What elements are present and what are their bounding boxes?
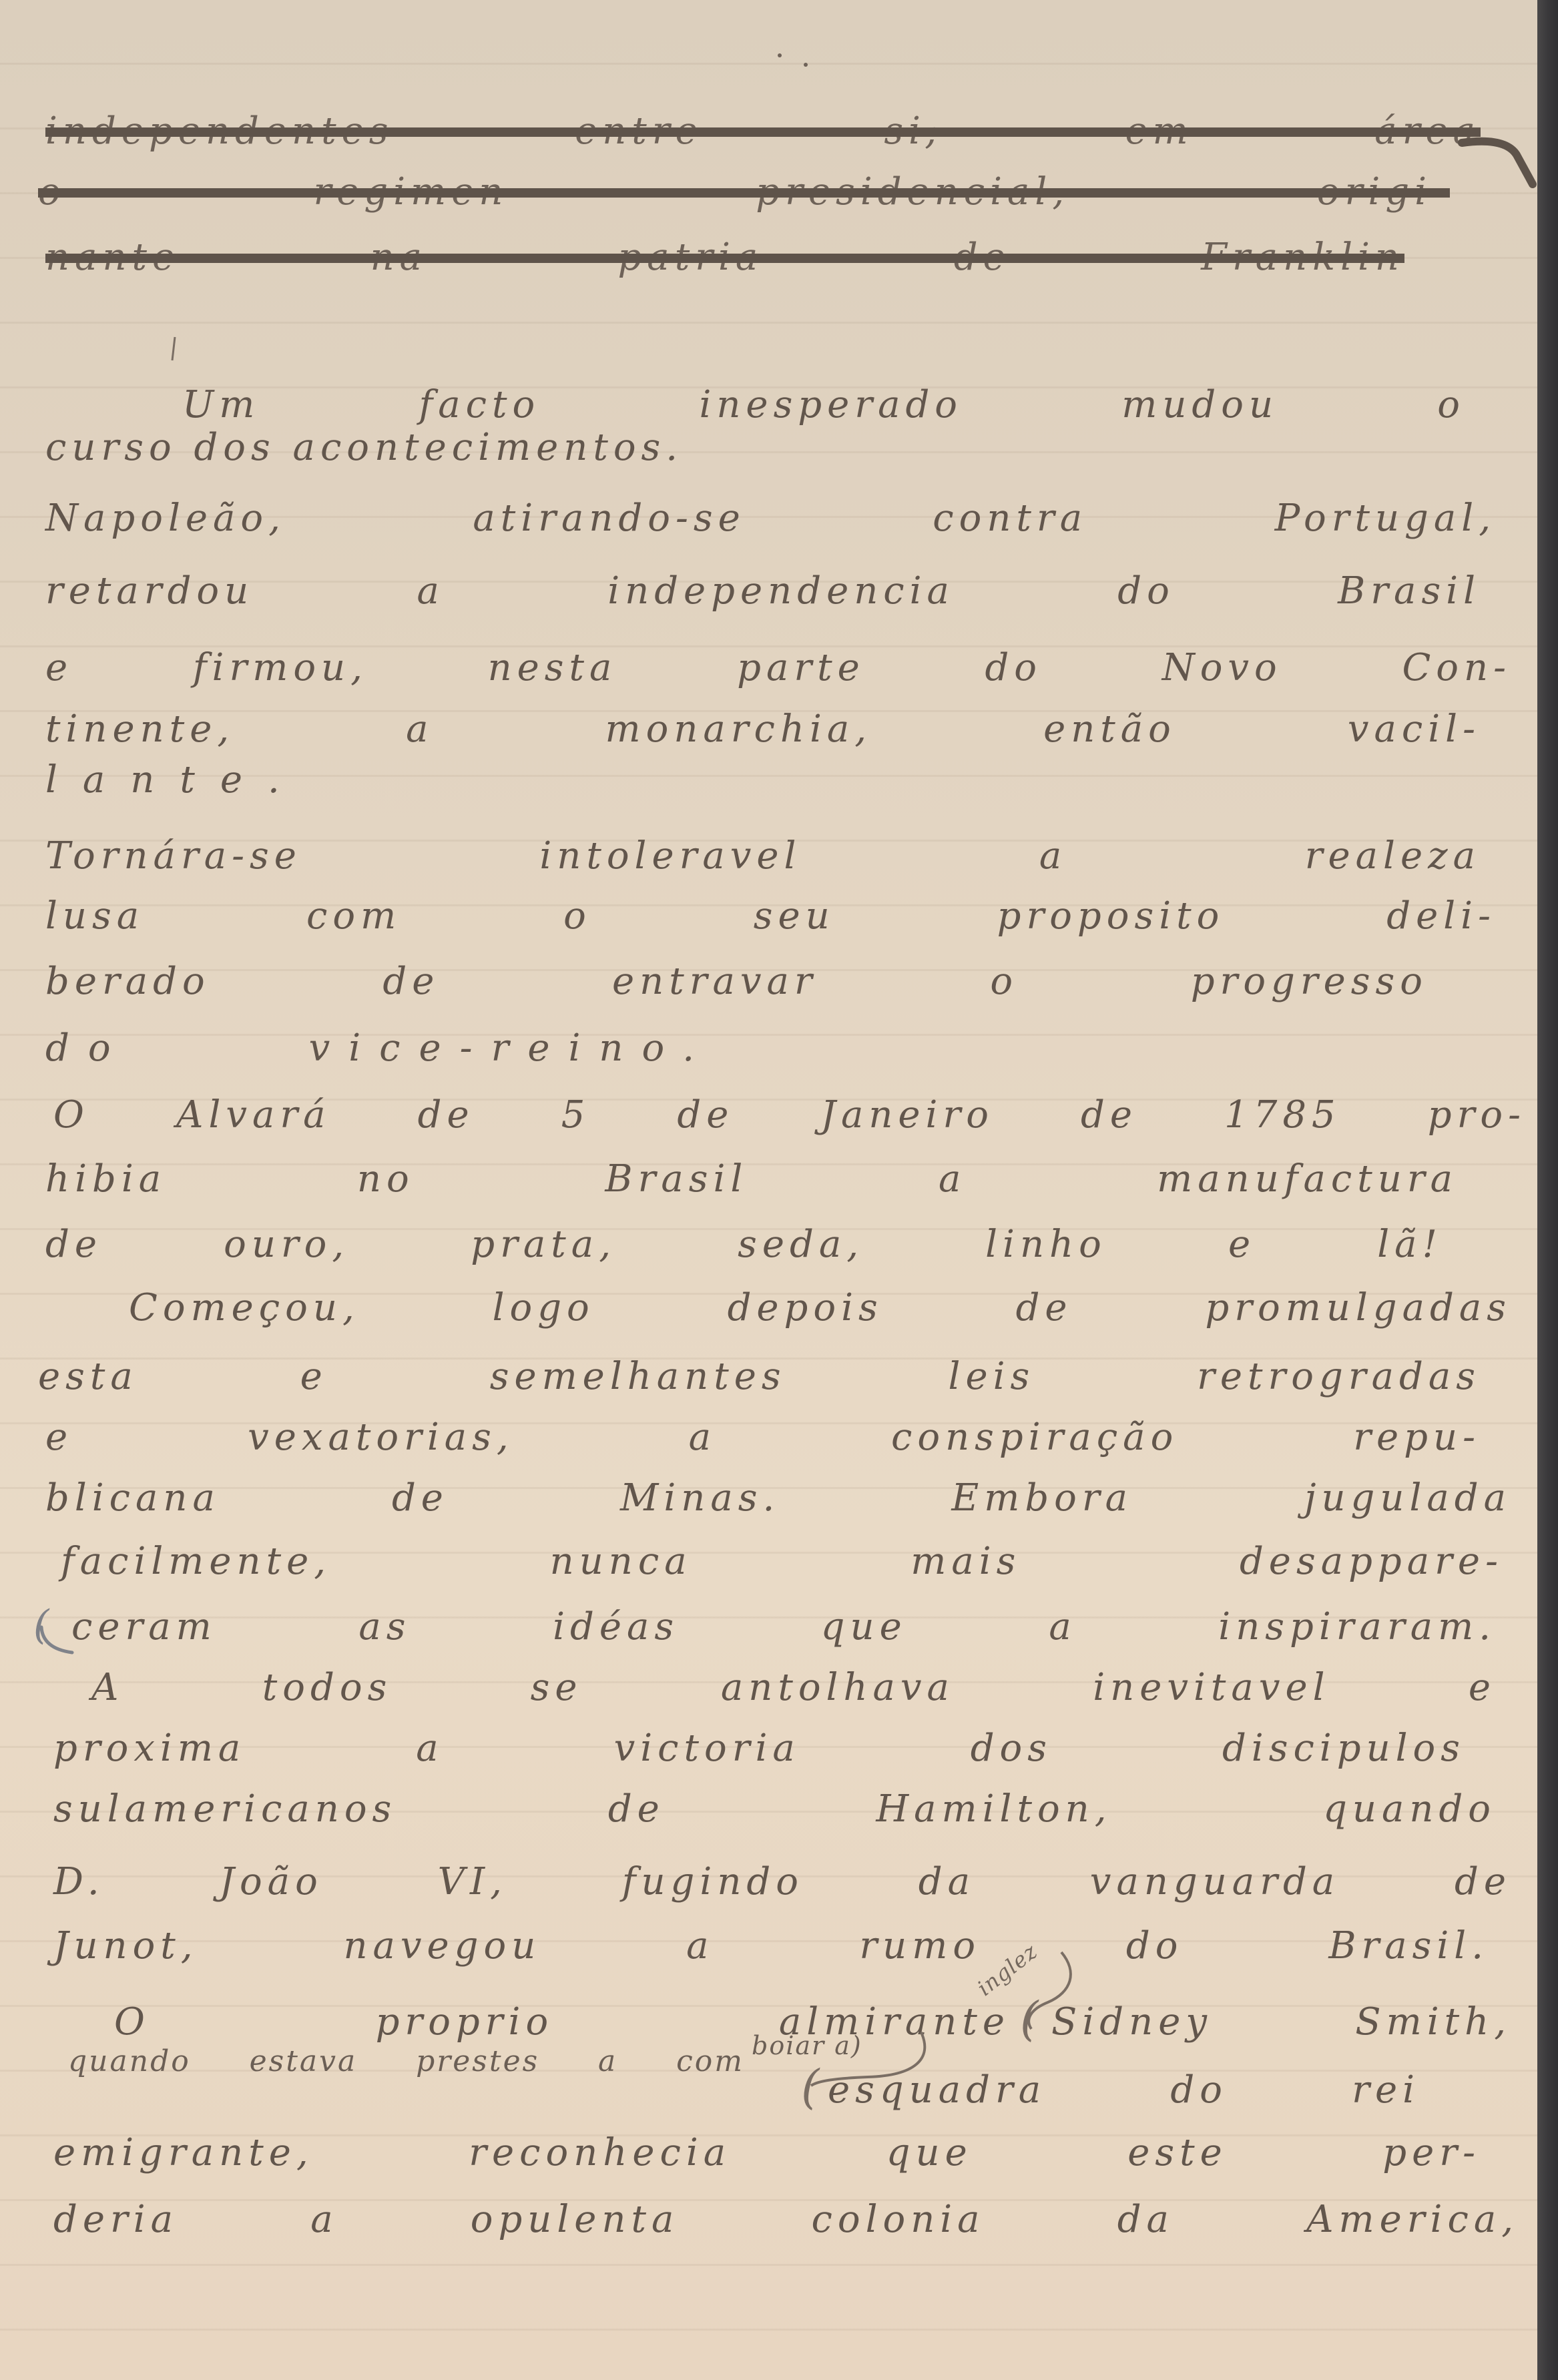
manuscript-line: retardou a independencia do Brasil xyxy=(45,568,1481,615)
manuscript-line: tinente, a monarchia, então vacil- xyxy=(45,706,1481,753)
insertion-line: quando estava prestes a com xyxy=(68,2043,744,2080)
manuscript-line: esquadra do rei xyxy=(828,2067,1420,2114)
manuscript-line: Junot, navegou a rumo do Brasil. xyxy=(53,1923,1489,1970)
manuscript-line: blicana de Minas. Embora jugulada xyxy=(45,1475,1511,1522)
manuscript-line: lusa com o seu proposito deli- xyxy=(45,893,1496,940)
manuscript-line: O Alvará de 5 de Janeiro de 1785 pro- xyxy=(53,1092,1526,1139)
page-edge-shadow xyxy=(1537,0,1558,2380)
manuscript-line: de ouro, prata, seda, linho e lã! xyxy=(45,1221,1443,1268)
manuscript-line: Tornára-se intoleravel a realeza xyxy=(45,833,1481,880)
manuscript-line: D. João VI, fugindo da vanguarda de xyxy=(53,1859,1511,1905)
manuscript-line: lante. xyxy=(45,757,339,804)
insertion-open-paren: ( xyxy=(1020,1996,1047,2042)
manuscript-line: sulamericanos de Hamilton, quando xyxy=(53,1786,1496,1833)
struck-line: o regimen presidencial, origi- xyxy=(38,169,1450,216)
manuscript-line: berado de entravar o progresso xyxy=(45,958,1428,1005)
manuscript-line: esta e semelhantes leis retrogradas xyxy=(38,1354,1481,1400)
manuscript-line: hibia no Brasil a manufactura xyxy=(45,1156,1458,1203)
manuscript-line: A todos se antolhava inevitavel e xyxy=(91,1665,1496,1711)
manuscript-line: e vexatorias, a conspiração repu- xyxy=(45,1414,1481,1461)
manuscript-line: Sidney Smith, xyxy=(1051,1999,1511,2046)
manuscript-line: e firmou, nesta parte do Novo Con- xyxy=(45,645,1511,691)
pencil-bracket-mark: ( xyxy=(33,1602,67,1649)
struck-line: independentes entre si; em área xyxy=(45,108,1481,155)
insertion-superscript: boiar a) xyxy=(752,2029,927,2062)
manuscript-line: proxima a victoria dos discipulos xyxy=(53,1725,1465,1772)
manuscript-line: do vice-reino. xyxy=(45,1025,713,1072)
manuscript-line: curso dos acontecimentos. xyxy=(45,424,676,471)
manuscript-line: Começou, logo depois de promulgadas xyxy=(129,1285,1511,1331)
manuscript-line: ceram as idéas que a inspiraram. xyxy=(71,1604,1496,1651)
struck-line: nante na patria de Franklin xyxy=(45,234,1404,281)
manuscript-line: emigrante, reconhecia que este per- xyxy=(53,2130,1481,2176)
manuscript-line: deria a opulenta colonia da America, xyxy=(53,2196,1519,2243)
manuscript-line: Napoleão, atirando-se contra Portugal, xyxy=(45,495,1496,542)
manuscript-line: facilmente, nunca mais desappare- xyxy=(61,1538,1503,1585)
manuscript-line: Um facto inesperado mudou o xyxy=(182,382,1465,428)
insertion-open-paren: ( xyxy=(801,2064,828,2110)
